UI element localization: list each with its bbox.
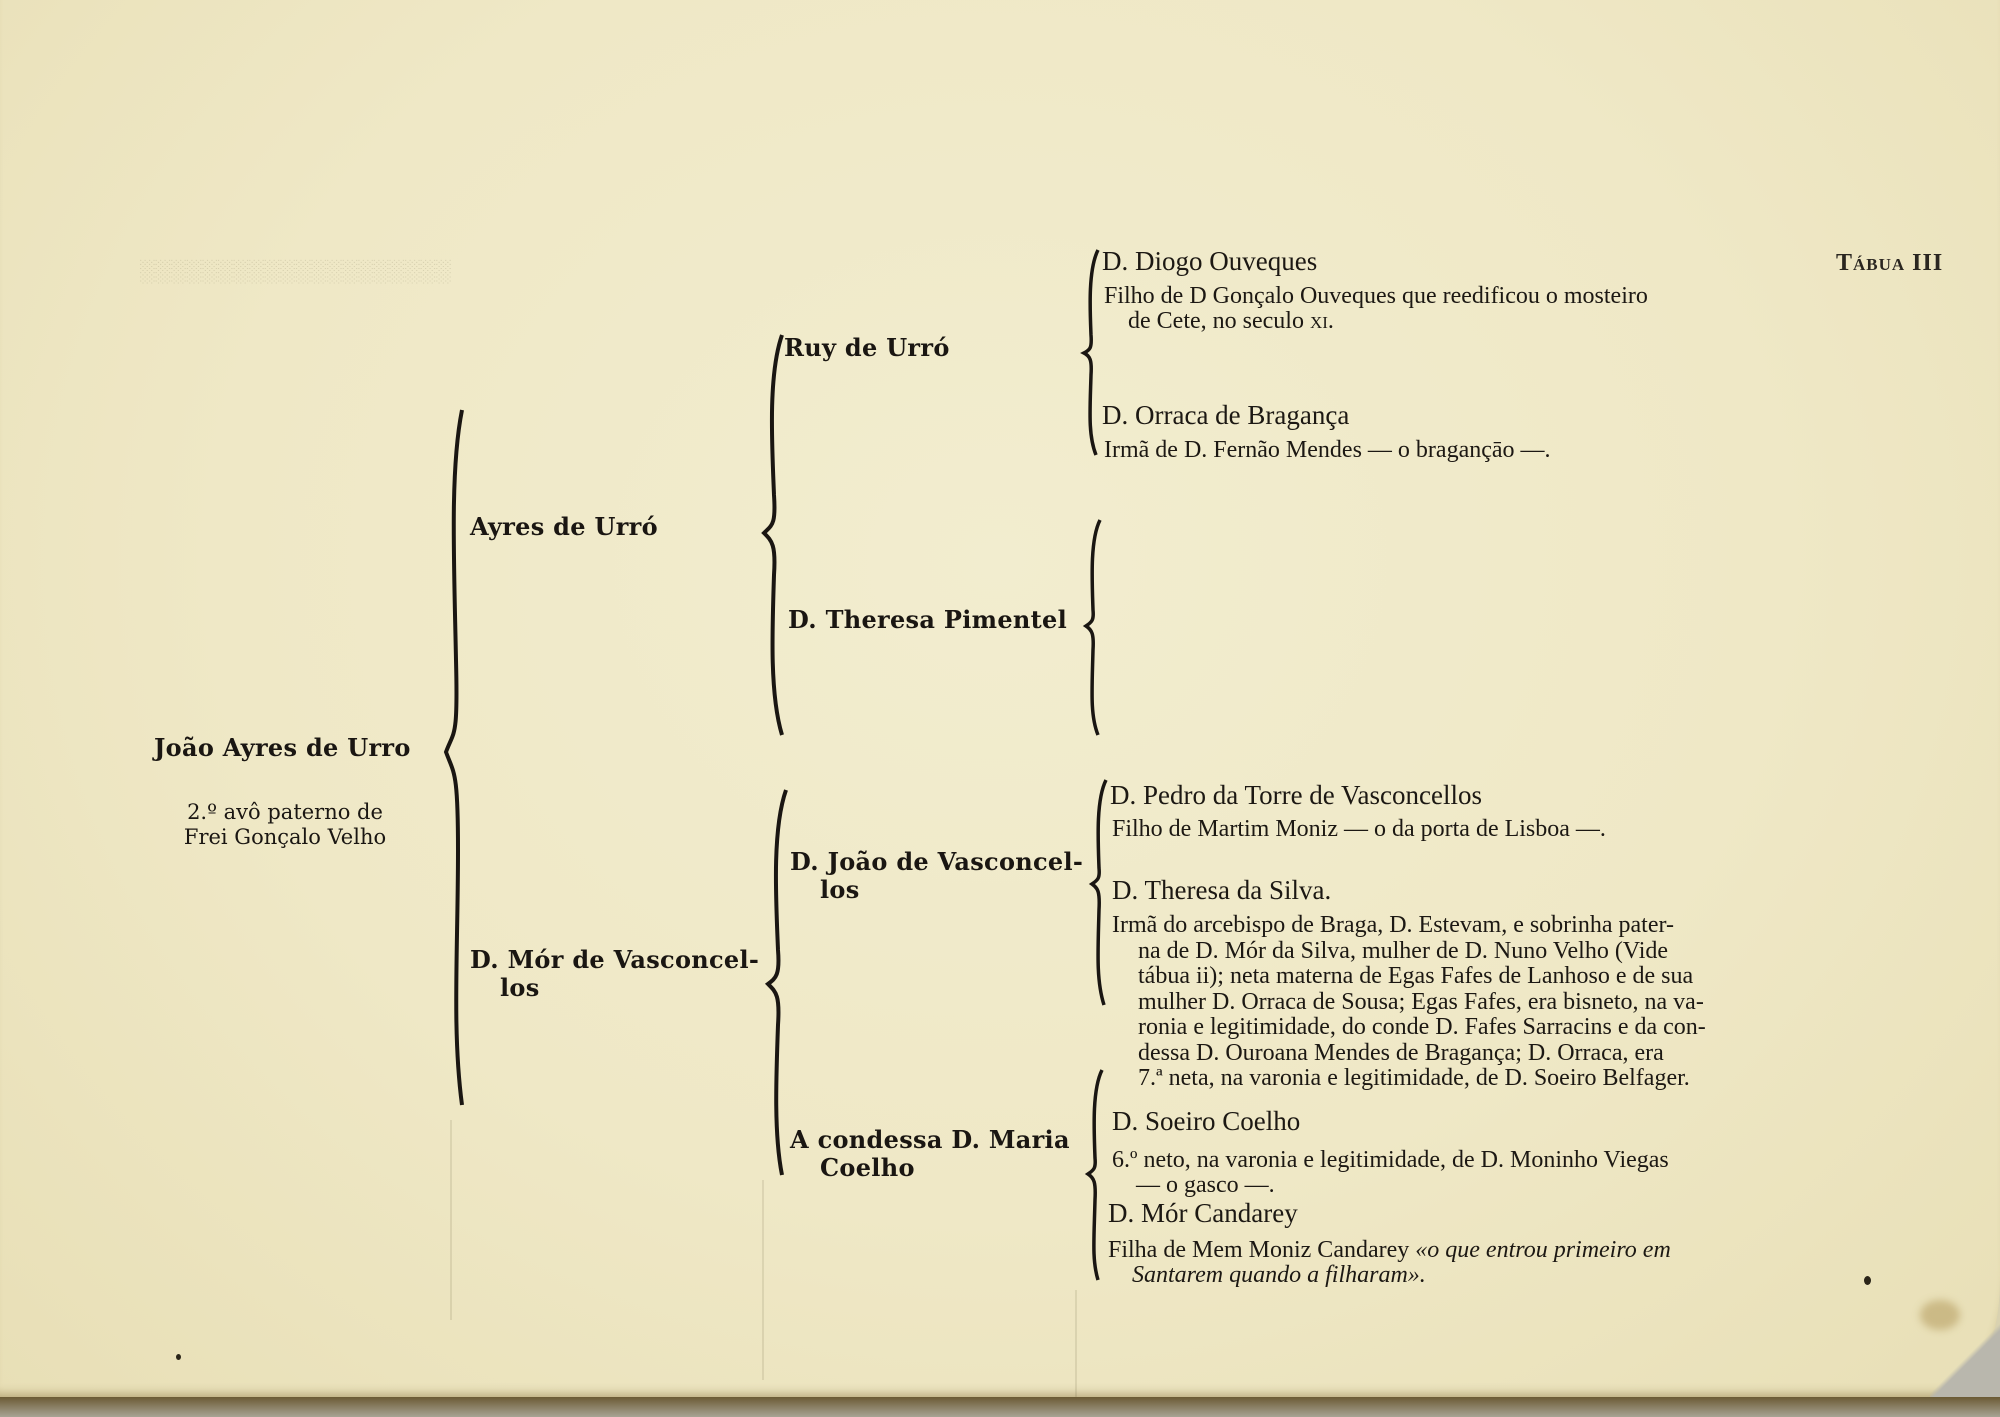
- bracket-mor-de-vasconcellos: [762, 790, 792, 1175]
- show-through-rule: [450, 1120, 452, 1320]
- note-theresa-da-silva: Irmã do arcebispo de Braga, D. Estevam, …: [1112, 913, 1842, 1092]
- bracket-theresa-pimentel-empty: [1082, 520, 1106, 735]
- note-line: mulher D. Orraca de Sousa; Egas Fafes, e…: [1112, 990, 1842, 1016]
- page-bottom-edge: [0, 1397, 2000, 1417]
- note-line: Irmã do arcebispo de Braga, D. Estevam, …: [1112, 913, 1842, 939]
- note-text: Filha de Mem Moniz Candarey: [1108, 1237, 1415, 1263]
- person-maria-coelho: A condessa D. Maria Coelho: [790, 1126, 1070, 1182]
- name: D. Theresa Pimentel: [788, 605, 1067, 634]
- bracket-maria-coelho: [1084, 1070, 1108, 1280]
- note-line-1: Filho de D Gonçalo Ouveques que reedific…: [1104, 284, 1648, 309]
- note-line: dessa D. Ouroana Mendes de Bragança; D. …: [1112, 1041, 1842, 1067]
- bracket-ayres-de-urro: [758, 335, 788, 735]
- name-line-2: Coelho: [790, 1154, 1070, 1182]
- name-line-1: D. Mór de Vasconcel-: [470, 946, 759, 974]
- note-line: ronia e legitimidade, do conde D. Fafes …: [1112, 1015, 1842, 1041]
- show-through-rule: [1075, 1290, 1077, 1400]
- bracket-joao-de-vasconcellos: [1088, 780, 1112, 1005]
- note-line: tábua ii); neta materna de Egas Fafes de…: [1112, 964, 1842, 990]
- person-joao-de-vasconcellos: D. João de Vasconcel- los: [790, 848, 1083, 904]
- person-theresa-pimentel: D. Theresa Pimentel: [788, 604, 1067, 635]
- person-theresa-da-silva: D. Theresa da Silva.: [1112, 875, 1331, 906]
- note-text: de Cete, no seculo: [1128, 308, 1310, 334]
- root-note-line-2: Frei Gonçalo Velho: [150, 825, 420, 850]
- note-line: 7.ª neta, na varonia e legitimidade, de …: [1112, 1066, 1842, 1092]
- century-numeral: xi.: [1310, 308, 1334, 334]
- person-pedro-da-torre-de-vasconcellos: D. Pedro da Torre de Vasconcellos: [1110, 780, 1482, 811]
- person-diogo-ouveques: D. Diogo Ouveques: [1102, 246, 1317, 277]
- name-line-2: los: [470, 974, 759, 1002]
- person-mor-candarey: D. Mór Candarey: [1108, 1198, 1298, 1229]
- note-line: na de D. Mór da Silva, mulher de D. Nuno…: [1112, 939, 1842, 965]
- note-orraca-de-braganca: Irmã de D. Fernão Mendes — o bragançāo —…: [1104, 438, 1551, 463]
- name-line-1: A condessa D. Maria: [790, 1126, 1070, 1154]
- name-line-2: los: [790, 876, 1083, 904]
- ink-speck: [176, 1354, 181, 1360]
- person-soeiro-coelho: D. Soeiro Coelho: [1112, 1106, 1300, 1137]
- note-line-1: 6.º neto, na varonia e legitimidade, de …: [1112, 1148, 1669, 1173]
- bracket-generation-1: [440, 410, 470, 1105]
- book-page: ░░░░░░░░░░░░░░░░░░░░ Tábua III João Ayre…: [0, 0, 2000, 1400]
- note-quote: «o que entrou primeiro em: [1415, 1237, 1671, 1263]
- person-ruy-de-urro: Ruy de Urró: [784, 333, 950, 362]
- show-through-text: ░░░░░░░░░░░░░░░░░░░░: [140, 258, 452, 284]
- person-mor-de-vasconcellos: D. Mór de Vasconcel- los: [470, 946, 759, 1002]
- person-orraca-de-braganca: D. Orraca de Bragança: [1102, 400, 1349, 431]
- root-person-name: João Ayres de Urro: [154, 733, 411, 762]
- root-person-note: 2.º avô paterno de Frei Gonçalo Velho: [150, 800, 420, 850]
- note-line-2: Santarem quando a filharam».: [1108, 1263, 1671, 1288]
- root-note-line-1: 2.º avô paterno de: [150, 800, 420, 825]
- note-line-2: — o gasco —.: [1112, 1173, 1669, 1198]
- name-line-1: D. João de Vasconcel-: [790, 848, 1083, 876]
- note-diogo-ouveques: Filho de D Gonçalo Ouveques que reedific…: [1104, 284, 1648, 334]
- bracket-ruy-de-urro: [1080, 250, 1104, 455]
- show-through-rule: [762, 1180, 764, 1380]
- note-soeiro-coelho: 6.º neto, na varonia e legitimidade, de …: [1112, 1148, 1669, 1198]
- table-label: Tábua III: [1836, 250, 1943, 277]
- person-ayres-de-urro: Ayres de Urró: [470, 512, 658, 541]
- note-line-2: de Cete, no seculo xi.: [1104, 309, 1648, 334]
- note-mor-candarey: Filha de Mem Moniz Candarey «o que entro…: [1108, 1238, 1671, 1288]
- ink-speck: [1864, 1276, 1871, 1285]
- note-pedro-da-torre: Filho de Martim Moniz — o da porta de Li…: [1112, 817, 1606, 842]
